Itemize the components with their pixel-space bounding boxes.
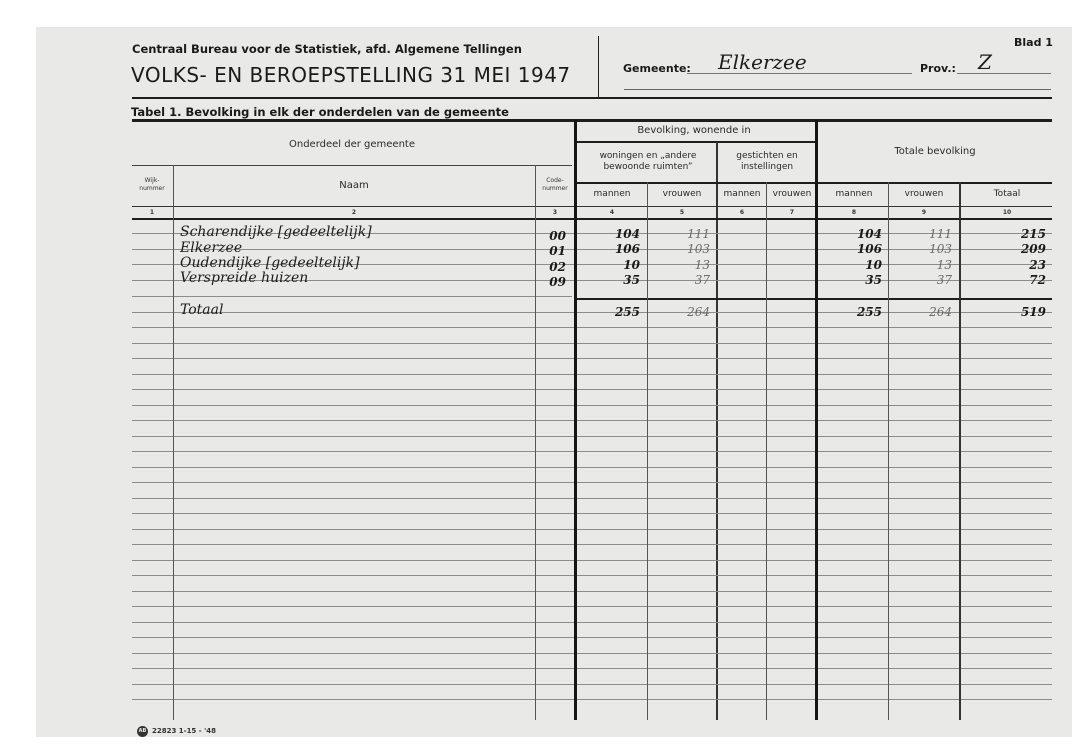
- prov-label: Prov.:: [920, 62, 956, 75]
- cell-t-vrouwen: 37: [890, 273, 952, 287]
- col-number: 3: [536, 209, 574, 216]
- header-bottom-line: [132, 218, 1052, 220]
- col-divider: [959, 182, 961, 720]
- row-rule: [132, 389, 1052, 390]
- cell-totaal: 209: [962, 242, 1046, 256]
- group-totaal: Totale bevolking: [818, 146, 1052, 157]
- row-rule: [132, 529, 1052, 530]
- row-rule: [132, 343, 1052, 344]
- col-divider: [716, 142, 718, 720]
- row-rule: [132, 575, 1052, 576]
- sub-gestichten: gestichten en instellingen: [720, 151, 814, 173]
- group-onderdeel: Onderdeel der gemeente: [132, 139, 572, 150]
- col-wijk-header: Wijk-nummer: [132, 177, 172, 193]
- col-number: 4: [578, 209, 646, 216]
- cell-naam-total: Totaal: [180, 302, 223, 318]
- cell-totaal: 215: [962, 227, 1046, 241]
- cell-total-w-mannen: 255: [578, 305, 640, 319]
- cell-code: 01: [536, 244, 566, 258]
- cell-code: 00: [536, 229, 566, 243]
- sheet-number: Blad 1: [1014, 36, 1053, 49]
- row-rule: [132, 560, 1052, 561]
- cell-w-mannen: 35: [578, 273, 640, 287]
- col-number: 2: [174, 209, 534, 216]
- cell-totaal: 23: [962, 258, 1046, 272]
- row-rule: [132, 358, 1052, 359]
- header-line: [132, 165, 572, 166]
- row-rule: [132, 482, 1052, 483]
- row-rule: [132, 420, 1052, 421]
- row-rule: [132, 637, 1052, 638]
- cell-totaal: 72: [962, 273, 1046, 287]
- col-t-mannen: mannen: [820, 189, 888, 199]
- col-divider: [888, 182, 889, 720]
- census-form-page: [36, 27, 1072, 737]
- row-rule: [132, 684, 1052, 685]
- cell-w-vrouwen: 111: [648, 227, 710, 241]
- row-rule: [132, 451, 1052, 452]
- cell-naam: Verspreide huizen: [180, 270, 308, 286]
- col-number: 7: [768, 209, 816, 216]
- cell-t-mannen: 10: [820, 258, 882, 272]
- header-line: [574, 141, 815, 143]
- print-code: 22823 1-15 - '48: [152, 727, 216, 735]
- cell-w-mannen: 104: [578, 227, 640, 241]
- cell-w-mannen: 10: [578, 258, 640, 272]
- cell-t-mannen: 106: [820, 242, 882, 256]
- sub-woningen: woningen en „andere bewoonde ruimten”: [578, 151, 718, 173]
- row-rule: [132, 405, 1052, 406]
- cell-t-mannen: 104: [820, 227, 882, 241]
- col-divider: [766, 182, 767, 720]
- col-g-mannen: mannen: [718, 189, 766, 199]
- col-number: 1: [132, 209, 172, 216]
- prov-value: Z: [978, 50, 992, 74]
- col-code-header: Code-nummer: [536, 177, 574, 193]
- row-rule: [132, 374, 1052, 375]
- header-line: [132, 206, 1052, 207]
- row-rule: [132, 544, 1052, 545]
- printer-logo-icon: AB: [137, 726, 148, 737]
- table-top-rule: [132, 119, 1052, 122]
- row-rule: [132, 327, 1052, 328]
- table-caption: Tabel 1. Bevolking in elk der onderdelen…: [131, 105, 509, 119]
- col-totaal: Totaal: [962, 189, 1052, 199]
- col-number: 5: [648, 209, 716, 216]
- row-rule: [132, 513, 1052, 514]
- header-line: [574, 182, 1052, 184]
- gemeente-value: Elkerzee: [718, 50, 807, 74]
- row-rule: [132, 467, 1052, 468]
- header-bottom-rule: [132, 97, 1052, 99]
- gemeente-label: Gemeente:: [623, 62, 691, 75]
- row-rule: [132, 653, 1052, 654]
- row-rule: [132, 498, 1052, 499]
- cell-t-vrouwen: 103: [890, 242, 952, 256]
- cell-w-mannen: 106: [578, 242, 640, 256]
- agency-line: Centraal Bureau voor de Statistiek, afd.…: [132, 42, 522, 56]
- cell-code: 09: [536, 275, 566, 289]
- cell-t-mannen: 35: [820, 273, 882, 287]
- col-w-vrouwen: vrouwen: [648, 189, 716, 199]
- row-rule: [132, 296, 572, 297]
- cell-w-vrouwen: 37: [648, 273, 710, 287]
- header-extra-line: [624, 89, 1051, 90]
- cell-w-vrouwen: 13: [648, 258, 710, 272]
- row-rule: [132, 606, 1052, 607]
- col-g-vrouwen: vrouwen: [768, 189, 816, 199]
- cell-total-w-vrouwen: 264: [648, 305, 710, 319]
- col-number: 10: [962, 209, 1052, 216]
- cell-t-vrouwen: 111: [890, 227, 952, 241]
- row-rule: [132, 591, 1052, 592]
- col-divider-thick: [815, 120, 818, 720]
- row-rule: [132, 622, 1052, 623]
- cell-t-vrouwen: 13: [890, 258, 952, 272]
- col-naam-header: Naam: [174, 180, 534, 191]
- col-w-mannen: mannen: [578, 189, 646, 199]
- col-number: 6: [718, 209, 766, 216]
- prov-underline: [957, 73, 1051, 74]
- group-bevolking: Bevolking, wonende in: [577, 125, 811, 136]
- col-divider-thick: [574, 120, 577, 720]
- col-divider: [173, 165, 174, 720]
- col-number: 9: [890, 209, 958, 216]
- cell-naam: Oudendijke [gedeeltelijk]: [180, 255, 360, 271]
- cell-total-t-vrouwen: 264: [890, 305, 952, 319]
- row-rule: [132, 668, 1052, 669]
- cell-w-vrouwen: 103: [648, 242, 710, 256]
- cell-naam: Scharendijke [gedeeltelijk]: [180, 224, 372, 240]
- row-rule: [132, 436, 1052, 437]
- row-rule: [132, 699, 1052, 700]
- col-t-vrouwen: vrouwen: [890, 189, 958, 199]
- header-divider: [598, 36, 599, 98]
- form-title: VOLKS- EN BEROEPSTELLING 31 MEI 1947: [131, 63, 571, 87]
- cell-total-t-mannen: 255: [820, 305, 882, 319]
- col-number: 8: [820, 209, 888, 216]
- cell-naam: Elkerzee: [180, 240, 242, 256]
- cell-code: 02: [536, 260, 566, 274]
- cell-total-totaal: 519: [962, 305, 1046, 319]
